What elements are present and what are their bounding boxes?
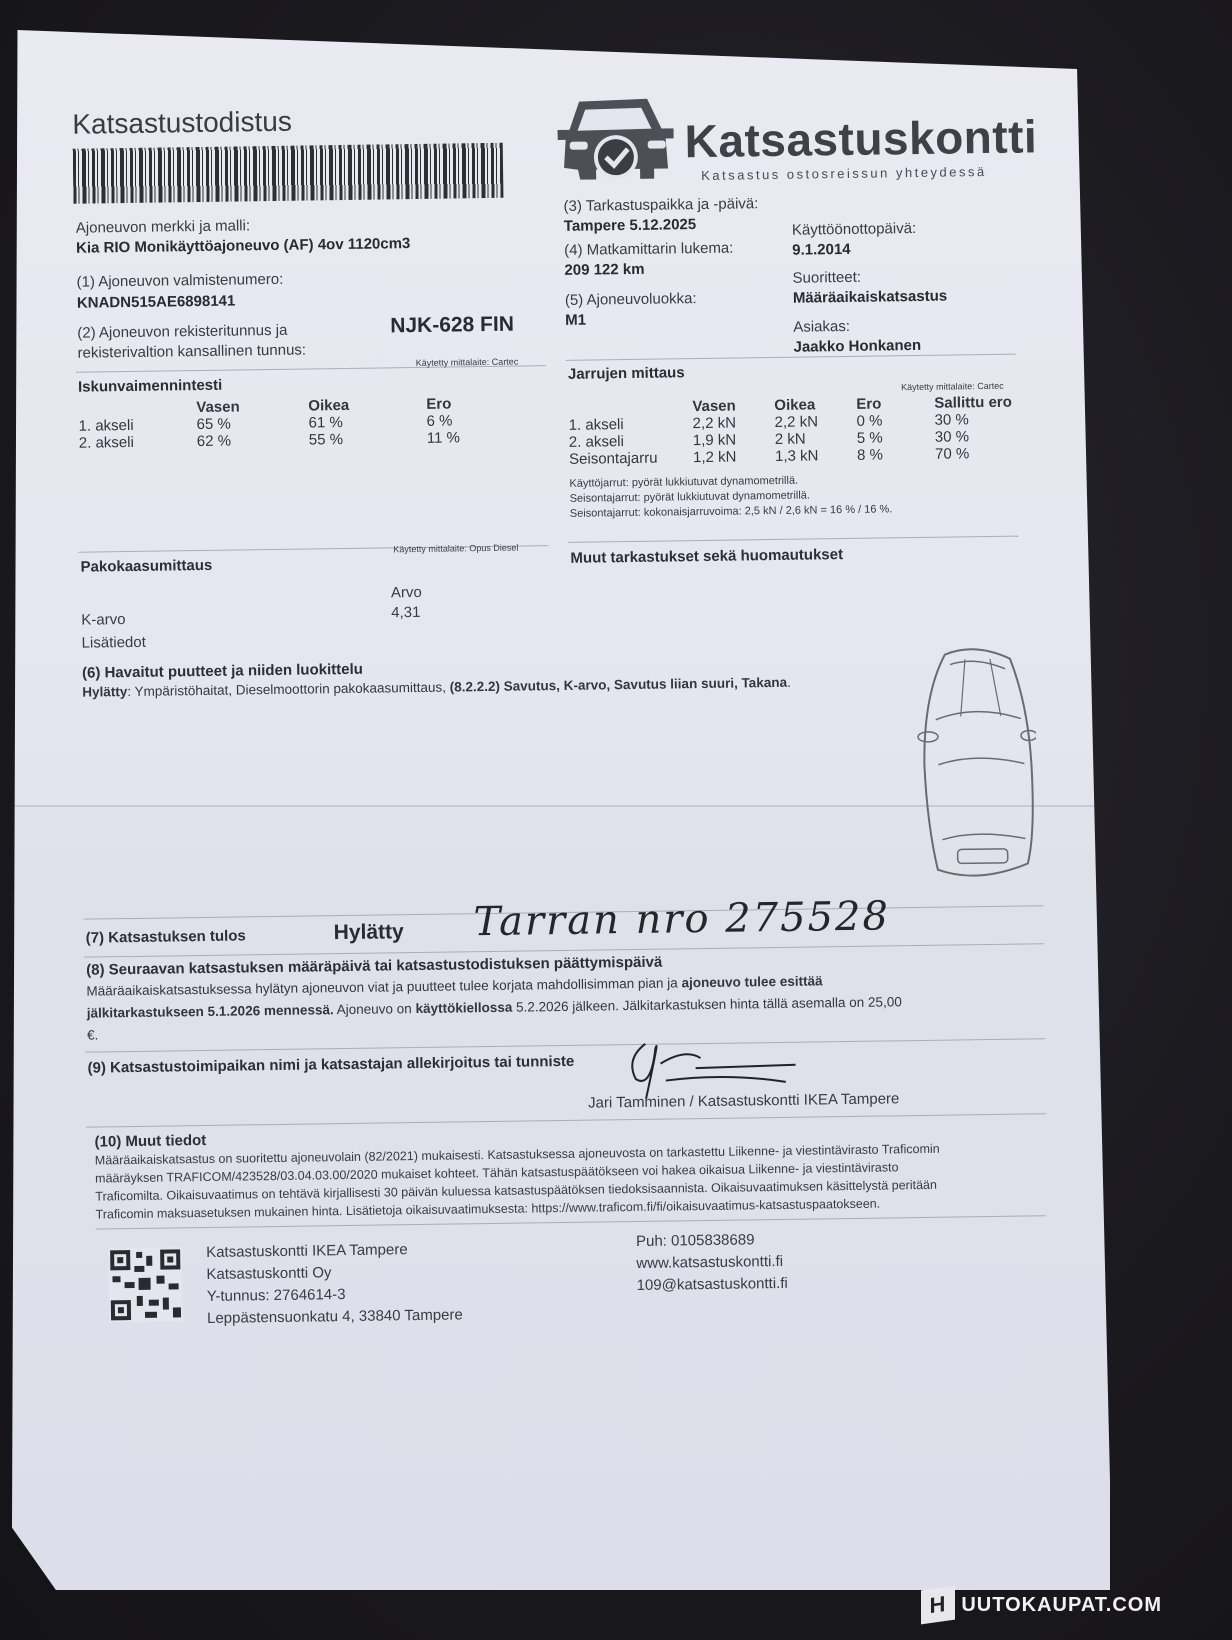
cell: 2. akseli (569, 432, 693, 451)
reg-label-2: rekisterivaltion kansallinen tunnus: (77, 342, 306, 362)
qr-code-icon (108, 1247, 183, 1322)
text-bold: ajoneuvo tulee esittää (681, 973, 822, 990)
k-value: 4,31 (391, 604, 420, 621)
registration-number: NJK-628 FIN (390, 313, 514, 339)
col-header: Oikea (774, 396, 856, 414)
result-value: Hylätty (334, 920, 404, 945)
odometer-label: (4) Matkamittarin lukema: (564, 240, 733, 259)
shock-test-table: VasenOikeaEro 1. akseli65 %61 %6 % 2. ak… (78, 395, 460, 451)
vin-value: KNADN515AE6898141 (77, 292, 236, 311)
cell: 30 % (934, 411, 1012, 429)
col-header (78, 399, 196, 418)
cell: 1,3 kN (775, 447, 857, 465)
class-value: M1 (565, 312, 586, 329)
first-use-value: 9.1.2014 (792, 241, 851, 259)
text: 5.2.2026 jälkeen. Jälkitarkastuksen hint… (512, 994, 902, 1014)
inspection-certificate-paper: Katsastustodistus Ajoneuvon merkki ja ma… (12, 30, 1110, 1590)
cell: 1. akseli (569, 415, 693, 434)
brake-notes: Käyttöjarrut: pyörät lukkiutuvat dynamom… (569, 472, 892, 521)
cell: 30 % (935, 428, 1013, 446)
cell: 61 % (308, 413, 426, 432)
cell: 1,9 kN (693, 431, 775, 449)
services-value: Määräaikaiskatsastus (793, 288, 948, 307)
cell: 2,2 kN (774, 413, 856, 431)
cell: 2. akseli (79, 433, 197, 452)
barcode (73, 143, 504, 204)
brand-tagline: Katsastus ostosreissun yhteydessä (701, 164, 987, 183)
defects-status: Hylätty (82, 684, 127, 700)
k-value-label: K-arvo (81, 611, 125, 629)
text-bold: jälkitarkastukseen 5.1.2026 mennessä. (87, 1002, 334, 1020)
cell: 55 % (309, 430, 427, 449)
shock-test-device: Käytetty mittalaite: Cartec (416, 357, 519, 368)
place-date-label: (3) Tarkastuspaikka ja -päivä: (563, 195, 758, 215)
inspector-name: Jari Tamminen / Katsastuskontti IKEA Tam… (588, 1090, 899, 1111)
defects-bold: (8.2.2.2) Savutus, K-arvo, Savutus liian… (450, 675, 788, 695)
cell: 8 % (857, 446, 935, 464)
odometer-value: 209 122 km (564, 261, 644, 279)
cell: 65 % (196, 414, 308, 433)
cell: 11 % (427, 429, 460, 446)
cell: Seisontajarru (569, 449, 693, 468)
col-header (568, 398, 692, 417)
customer-label: Asiakas: (793, 318, 850, 336)
cell: 62 % (197, 431, 309, 450)
footer-contact: Puh: 0105838689 www.katsastuskontti.fi 1… (636, 1229, 788, 1297)
shock-test-title: Iskunvaimennintesti (78, 377, 222, 396)
watermark: H UUTOKAUPAT.COM (921, 1588, 1162, 1622)
services-label: Suoritteet: (792, 269, 861, 287)
cell: 2 kN (775, 430, 857, 448)
brake-test-device: Käytetty mittalaite: Cartec (901, 381, 1004, 392)
footer-line: Leppästensuonkatu 4, 33840 Tampere (207, 1304, 463, 1330)
qr-code (108, 1247, 183, 1327)
next-inspection-text: Määräaikaiskatsastuksessa hylätyn ajoneu… (86, 967, 1047, 1046)
document-title: Katsastustodistus (72, 106, 292, 141)
result-label: (7) Katsastuksen tulos (86, 927, 246, 946)
handwritten-sticker-number: Tarran nro 275528 (473, 893, 890, 945)
email-link[interactable]: 109@katsastuskontti.fi (636, 1273, 787, 1297)
col-header: Vasen (692, 397, 774, 415)
defects-plain: : Ympäristöhaitat, Dieselmoottorin pakok… (127, 680, 450, 700)
other-info-text: Määräaikaiskatsastus on suoritettu ajone… (95, 1140, 941, 1224)
brand-logo (557, 90, 678, 192)
exhaust-title: Pakokaasumittaus (80, 557, 212, 576)
other-checks-title: Muut tarkastukset sekä huomautukset (570, 546, 843, 567)
cell: 0 % (856, 412, 934, 430)
brake-note: Seisontajarrut: kokonaisjarruvoima: 2,5 … (570, 502, 893, 522)
cell: 1,2 kN (693, 448, 775, 466)
watermark-text: UUTOKAUPAT.COM (961, 1594, 1162, 1617)
divider (566, 354, 1016, 361)
phone: Puh: 0105838689 (636, 1229, 787, 1253)
text: Ajoneuvo on (334, 1001, 416, 1017)
col-header: Ero (856, 395, 934, 413)
col-header: Ero (426, 395, 459, 412)
brake-test-table: VasenOikeaEroSallittu ero 1. akseli2,2 k… (568, 394, 1012, 468)
signature-label: (9) Katsastustoimipaikan nimi ja katsast… (87, 1053, 574, 1077)
brand-name: Katsastuskontti (684, 109, 1037, 168)
footer-company: Katsastuskontti IKEA Tampere Katsastusko… (206, 1238, 463, 1330)
car-top-view-icon (915, 643, 1038, 885)
defects-end: . (787, 675, 791, 690)
place-date-value: Tampere 5.12.2025 (564, 216, 697, 235)
text-bold: käyttökiellossa (415, 1000, 512, 1016)
customer-value: Jaakko Honkanen (793, 337, 921, 356)
vin-label: (1) Ajoneuvon valmistenumero: (76, 271, 283, 291)
car-diagram (915, 643, 1038, 890)
make-model-value: Kia RIO Monikäyttöajoneuvo (AF) 4ov 1120… (76, 235, 410, 257)
divider (86, 1113, 1046, 1127)
exhaust-device: Käytetty mittalaite: Opus Diesel (393, 543, 518, 555)
website-link[interactable]: www.katsastuskontti.fi (636, 1251, 787, 1275)
cell: 5 % (857, 429, 935, 447)
cell: 2,2 kN (692, 414, 774, 432)
class-label: (5) Ajoneuvoluokka: (565, 290, 697, 309)
brake-test-title: Jarrujen mittaus (568, 364, 685, 383)
first-use-label: Käyttöönottopäivä: (792, 220, 916, 239)
car-check-icon (557, 90, 678, 187)
exhaust-value-header: Arvo (391, 584, 422, 601)
col-header: Oikea (308, 396, 426, 415)
cell: 70 % (935, 445, 1013, 463)
col-header: Vasen (196, 397, 308, 416)
make-model-label: Ajoneuvon merkki ja malli: (76, 217, 250, 236)
cell: 6 % (426, 412, 459, 429)
other-info-title: (10) Muut tiedot (94, 1132, 206, 1151)
cell: 1. akseli (78, 416, 196, 435)
divider (568, 536, 1018, 543)
col-header: Sallittu ero (934, 394, 1012, 412)
watermark-logo-icon: H (921, 1586, 955, 1625)
extra-info-label: Lisätiedot (82, 634, 146, 652)
reg-label-1: (2) Ajoneuvon rekisteritunnus ja (77, 322, 287, 342)
